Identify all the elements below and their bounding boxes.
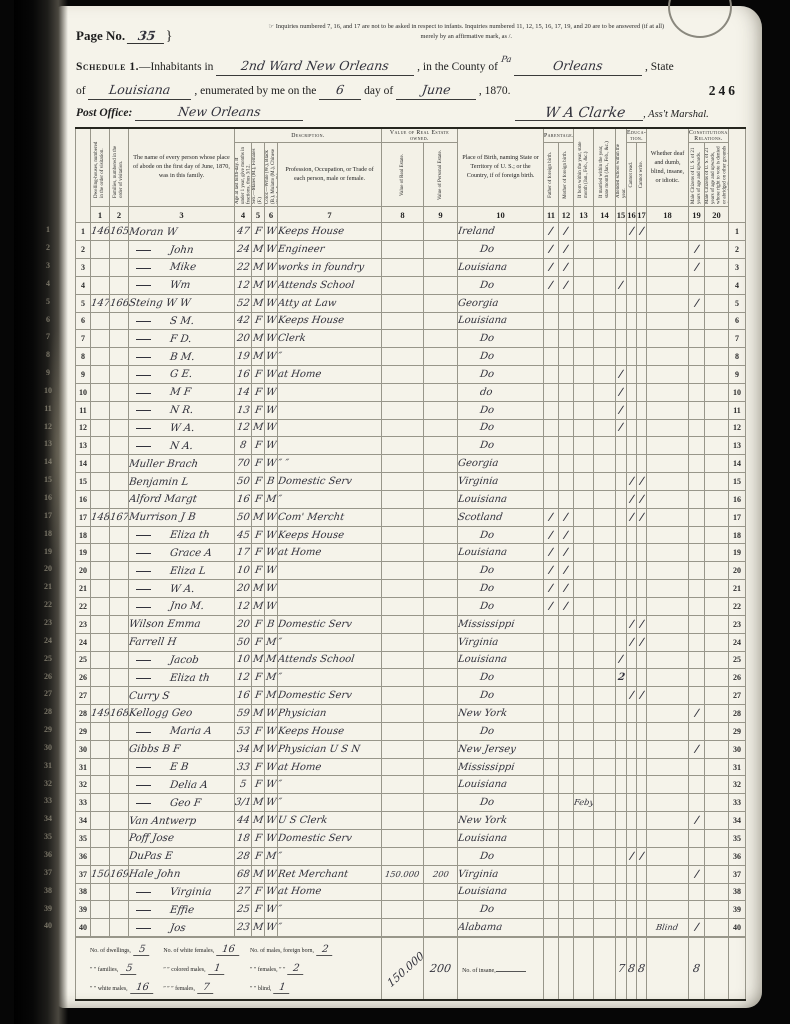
cell-color: W [265, 812, 278, 830]
cell-color: W [265, 758, 278, 776]
mark-value: / [629, 851, 634, 862]
totals-stat-label: No. of white females, [163, 948, 214, 954]
totals-stat-value: 5 [120, 963, 138, 975]
sex-value: M [252, 351, 264, 362]
name-value: W A. [169, 422, 195, 434]
cell-family-number [110, 455, 129, 473]
cell-mark-15 [616, 241, 627, 259]
film-row-number: 38 [38, 886, 58, 895]
mark-value: / [548, 601, 553, 612]
cell-mark-11 [544, 901, 559, 919]
cell-mark-12 [559, 490, 574, 508]
cell-sex: M [252, 330, 265, 348]
cell-mark-15 [616, 508, 627, 526]
sex-value: M [252, 262, 264, 273]
row-number-left: 37 [76, 865, 91, 883]
cell-color: W [265, 865, 278, 883]
cell-sex: M [252, 419, 265, 437]
name-value: Delia A [169, 779, 208, 791]
family-value: 168 [110, 708, 129, 719]
mark-value: / [639, 512, 644, 523]
age-value: 12 [236, 280, 250, 291]
film-row-number: 39 [38, 904, 58, 913]
row-number-left: 22 [76, 598, 91, 616]
cell-real-estate [382, 829, 424, 847]
cell-age: 20 [235, 580, 252, 598]
cell-family-number [110, 919, 129, 937]
cell-color: W [265, 401, 278, 419]
birthplace-value: Louisiana [458, 779, 508, 790]
sex-value: M [252, 797, 264, 808]
cell-color: W [265, 598, 278, 616]
table-row: 35Poff Jose18FWDomestic ServLouisiana35 [76, 829, 746, 847]
column-title-2: Families, numbered in the order of visit… [113, 136, 125, 200]
cell-mark-15 [616, 294, 627, 312]
cell-family-number [110, 598, 129, 616]
cell-sex: M [252, 919, 265, 937]
cell-mark-17 [637, 919, 647, 937]
cell-color: B [265, 473, 278, 491]
cell-family-number [110, 615, 129, 633]
mark-value: / [548, 530, 553, 541]
sex-value: F [254, 851, 262, 862]
cell-mark-20 [705, 651, 729, 669]
mark-value: / [548, 280, 553, 291]
age-value: 12 [236, 422, 250, 433]
table-row: 12W A.12MWDo/12 [76, 419, 746, 437]
cell-mark-15 [616, 722, 627, 740]
cell-mark-20 [705, 330, 729, 348]
surname-ditto-dash [136, 553, 151, 554]
totals-stat-line: No. of dwellings,5 [90, 944, 153, 956]
cell-sex: F [252, 829, 265, 847]
sex-value: M [252, 744, 264, 755]
cell-mark-11 [544, 419, 559, 437]
cell-mark-19 [689, 383, 705, 401]
cell-mark-13 [574, 258, 594, 276]
color-value: W [265, 547, 277, 558]
cell-mark-18 [647, 366, 689, 384]
cell-dwelling-number [91, 883, 110, 901]
cell-personal-estate [424, 419, 458, 437]
cell-dwelling-number [91, 794, 110, 812]
cell-dwelling-number [91, 383, 110, 401]
name-value: W A. [169, 583, 195, 595]
cell-family-number: 167 [110, 508, 129, 526]
cell-family-number [110, 526, 129, 544]
film-row-number: 30 [38, 743, 58, 752]
cell-mark-18 [647, 348, 689, 366]
cell-mark-20 [705, 633, 729, 651]
cell-personal-estate [424, 241, 458, 259]
cell-color: W [265, 776, 278, 794]
cell-mark-18 [647, 812, 689, 830]
cell-mark-16 [627, 901, 637, 919]
color-value: W [265, 922, 277, 933]
page-number: Page No. 35} [76, 28, 173, 45]
cell-name: Mike [129, 258, 235, 276]
cell-name: Curry S [129, 687, 235, 705]
cell-dwelling-number: 150 [91, 865, 110, 883]
sex-value: M [252, 922, 264, 933]
sex-value: F [254, 779, 262, 790]
cell-mark-11 [544, 758, 559, 776]
sex-value: M [252, 422, 264, 433]
column-title-12: Mother of foreign birth. [563, 149, 569, 201]
cell-mark-17 [637, 419, 647, 437]
cell-name: E B [129, 758, 235, 776]
cell-mark-19: / [689, 919, 705, 937]
cell-occupation: ″ [278, 633, 382, 651]
cell-family-number [110, 437, 129, 455]
cell-mark-13 [574, 562, 594, 580]
cell-age: 68 [235, 865, 252, 883]
row-number-left: 10 [76, 383, 91, 401]
row-number-right: 15 [729, 473, 746, 491]
family-value: 167 [110, 512, 129, 523]
row-number-right: 23 [729, 615, 746, 633]
age-value: 12 [236, 601, 250, 612]
cell-mark-11 [544, 829, 559, 847]
row-number-left: 30 [76, 740, 91, 758]
film-row-number: 35 [38, 832, 58, 841]
cell-mark-14 [594, 669, 616, 687]
cell-mark-18: Blind [647, 919, 689, 937]
sex-value: F [254, 315, 262, 326]
sex-value: F [254, 387, 262, 398]
film-row-number: 13 [38, 439, 58, 448]
column-number-19: 19 [689, 207, 705, 223]
cell-mark-14 [594, 330, 616, 348]
birthplace-value: Do [479, 244, 495, 255]
cell-age: 3/12 [235, 794, 252, 812]
cell-mark-16: / [627, 615, 637, 633]
occupation-value: Clerk [278, 333, 307, 344]
cell-color: W [265, 562, 278, 580]
cell-mark-19 [689, 651, 705, 669]
cell-mark-20 [705, 776, 729, 794]
cell-mark-13 [574, 651, 594, 669]
occupation-value: at Home [278, 369, 323, 380]
cell-age: 44 [235, 812, 252, 830]
sex-value: F [254, 637, 262, 648]
birthplace-value: Do [479, 672, 495, 683]
cell-birthplace: Do [458, 687, 544, 705]
cell-mark-13 [574, 883, 594, 901]
column-title-7: Profession, Occupation, or Trade of each… [278, 164, 381, 186]
real-estate-total: 150.000 [385, 949, 423, 990]
cell-personal-estate [424, 455, 458, 473]
cell-mark-12 [559, 705, 574, 723]
cell-sex: M [252, 508, 265, 526]
cell-dwelling-number [91, 758, 110, 776]
cell-mark-20 [705, 401, 729, 419]
cell-mark-17 [637, 883, 647, 901]
pointing-hand-icon: ☞ [268, 22, 274, 30]
cell-mark-13 [574, 705, 594, 723]
cell-mark-12 [559, 615, 574, 633]
cell-mark-15 [616, 312, 627, 330]
row-number-left: 11 [76, 401, 91, 419]
row-number-right: 26 [729, 669, 746, 687]
cell-birthplace: Do [458, 330, 544, 348]
cell-age: 16 [235, 687, 252, 705]
cell-name: Alford Margt [129, 490, 235, 508]
row-number-right: 11 [729, 401, 746, 419]
color-value: W [265, 333, 277, 344]
film-row-number: 21 [38, 582, 58, 591]
mark-value: / [563, 262, 568, 273]
sex-value: F [254, 886, 262, 897]
cell-name: Muller Brach [129, 455, 235, 473]
page-no-value: 35 [127, 28, 167, 44]
table-row: 39Effie25FW″Do39 [76, 901, 746, 919]
totals-stat-label: No. of males, foreign born, [250, 948, 314, 954]
sex-value: F [254, 405, 262, 416]
cell-age: 27 [235, 883, 252, 901]
cell-mark-18 [647, 276, 689, 294]
cell-name: F D. [129, 330, 235, 348]
table-row: 18Eliza th45FWKeeps HouseDo//18 [76, 526, 746, 544]
totals-stat-value: 2 [288, 963, 306, 975]
cell-dwelling-number [91, 901, 110, 919]
cell-mark-16 [627, 580, 637, 598]
column-title-8: Value of Real Estate. [400, 152, 406, 198]
cell-mark-11 [544, 330, 559, 348]
cell-mark-19: / [689, 705, 705, 723]
cell-age: 50 [235, 508, 252, 526]
cell-sex: F [252, 223, 265, 241]
cell-mark-15 [616, 758, 627, 776]
table-row: 40Jos23MW″AlabamaBlind/40 [76, 919, 746, 937]
cell-color: W [265, 526, 278, 544]
birthplace-value: Virginia [458, 476, 500, 487]
cell-mark-12 [559, 312, 574, 330]
color-value: W [265, 458, 277, 469]
cell-mark-11 [544, 883, 559, 901]
cell-mark-17 [637, 383, 647, 401]
cell-mark-18 [647, 526, 689, 544]
table-row: 34Van Antwerp44MWU S ClerkNew York/34 [76, 812, 746, 830]
mark-value: / [694, 744, 699, 755]
cell-dwelling-number [91, 615, 110, 633]
day-of-label: day of [364, 85, 393, 97]
cell-mark-15 [616, 829, 627, 847]
cell-personal-estate [424, 794, 458, 812]
cell-mark-20 [705, 901, 729, 919]
totals-stats-column: No. of dwellings,5″ ″ families,5″ ″ whit… [90, 944, 153, 994]
cell-mark-11 [544, 615, 559, 633]
dwelling-value: 146 [91, 226, 110, 237]
cell-sex: F [252, 473, 265, 491]
cell-color: W [265, 722, 278, 740]
birthplace-value: Louisiana [458, 494, 508, 505]
name-value: M F [169, 386, 192, 398]
cell-family-number [110, 740, 129, 758]
cell-mark-12 [559, 812, 574, 830]
cell-mark-16: / [627, 508, 637, 526]
cell-mark-13 [574, 348, 594, 366]
cell-mark-14 [594, 633, 616, 651]
row-number-right: 9 [729, 366, 746, 384]
occupation-value: Ret Merchant [278, 869, 349, 880]
cell-real-estate [382, 258, 424, 276]
cell-mark-12: / [559, 258, 574, 276]
row-number-left: 39 [76, 901, 91, 919]
cell-dwelling-number [91, 401, 110, 419]
cell-real-estate [382, 794, 424, 812]
cell-occupation: Ret Merchant [278, 865, 382, 883]
row-number-left: 16 [76, 490, 91, 508]
sex-value: F [254, 476, 262, 487]
table-row: 13N A.8FWDo13 [76, 437, 746, 455]
cell-mark-13: Feby [574, 794, 594, 812]
age-value: 16 [236, 369, 250, 380]
enumerated-label: , enumerated by me on the [194, 85, 316, 97]
totals-row: No. of dwellings,5″ ″ families,5″ ″ whit… [76, 938, 746, 1001]
cell-family-number [110, 383, 129, 401]
occupation-value: Physician U S N [278, 744, 361, 755]
cell-mark-18 [647, 580, 689, 598]
sex-value: F [254, 547, 262, 558]
cell-mark-11 [544, 455, 559, 473]
cell-mark-16: / [627, 473, 637, 491]
cell-dwelling-number [91, 829, 110, 847]
cell-mark-16 [627, 366, 637, 384]
cell-age: 33 [235, 758, 252, 776]
cell-mark-15 [616, 740, 627, 758]
occupation-value: ″ [278, 351, 283, 362]
cell-age: 19 [235, 348, 252, 366]
row-number-left: 7 [76, 330, 91, 348]
cell-mark-17 [637, 294, 647, 312]
surname-ditto-dash [136, 339, 151, 340]
cell-mark-17 [637, 366, 647, 384]
cell-personal-estate [424, 294, 458, 312]
row-number-right: 28 [729, 705, 746, 723]
name-value: DuPas E [129, 850, 174, 862]
cell-mark-11: / [544, 544, 559, 562]
name-value: Virginia [169, 886, 212, 898]
name-value: S M. [169, 315, 195, 327]
cell-mark-19 [689, 847, 705, 865]
totals-insane-cell: No. of insane, [458, 938, 544, 1001]
sex-value: F [254, 565, 262, 576]
cell-mark-16 [627, 705, 637, 723]
cell-mark-11 [544, 847, 559, 865]
row-number-left: 32 [76, 776, 91, 794]
cell-age: 42 [235, 312, 252, 330]
cell-mark-14 [594, 473, 616, 491]
cell-personal-estate [424, 829, 458, 847]
totals-attended-school: 7 [616, 938, 627, 1001]
cell-mark-20 [705, 919, 729, 937]
cell-occupation [278, 562, 382, 580]
column-title-1: Dwelling-houses, numbered in the order o… [94, 136, 106, 200]
cell-mark-18 [647, 705, 689, 723]
column-header-11: Father of foreign birth. [544, 143, 559, 207]
cell-age: 8 [235, 437, 252, 455]
sex-value: M [252, 815, 264, 826]
table-row: 19Grace A17FWat HomeLouisiana//19 [76, 544, 746, 562]
birthplace-value: Do [479, 422, 495, 433]
cell-mark-11 [544, 794, 559, 812]
county-label: , in the County of [417, 61, 498, 73]
surname-ditto-dash [136, 428, 151, 429]
row-number-left: 24 [76, 633, 91, 651]
cell-mark-18 [647, 401, 689, 419]
cell-real-estate [382, 419, 424, 437]
cell-color: M [265, 687, 278, 705]
cell-mark-20 [705, 276, 729, 294]
totals-stats-column: No. of males, foreign born,2″ ″ females,… [250, 944, 333, 994]
cell-mark-12: / [559, 598, 574, 616]
cell-mark-19: / [689, 241, 705, 259]
cell-family-number [110, 401, 129, 419]
mark-value: / [548, 244, 553, 255]
cell-color: W [265, 241, 278, 259]
cell-personal-estate [424, 544, 458, 562]
table-row: 26Eliza th12FM″Do226 [76, 669, 746, 687]
row-number-left: 1 [76, 223, 91, 241]
cell-mark-14 [594, 294, 616, 312]
table-row: 4Wm12MWAttends SchoolDo///4 [76, 276, 746, 294]
column-number-10: 10 [458, 207, 544, 223]
cell-mark-11 [544, 490, 559, 508]
cell-mark-14 [594, 651, 616, 669]
row-number-left: 26 [76, 669, 91, 687]
occupation-value: ″ [278, 922, 283, 933]
cell-mark-19 [689, 473, 705, 491]
cell-mark-15 [616, 490, 627, 508]
column-title-5: Sex.—Males (M.), Females (F.) [252, 143, 264, 206]
column-title-4: Age at last birth-day. If under 1 year, … [235, 143, 252, 206]
table-row: 25Jacob10MMAttends SchoolLouisiana/25 [76, 651, 746, 669]
row-number-right: 8 [729, 348, 746, 366]
mark-value: / [629, 637, 634, 648]
cell-mark-17 [637, 794, 647, 812]
color-value: W [265, 583, 277, 594]
cell-mark-16 [627, 526, 637, 544]
cell-birthplace: Mississippi [458, 758, 544, 776]
table-row: 6S M.42FWKeeps HouseLouisiana6 [76, 312, 746, 330]
row-number-right: 5 [729, 294, 746, 312]
mark-value: / [563, 512, 568, 523]
mark-value: / [629, 226, 634, 237]
cell-mark-18 [647, 598, 689, 616]
mark-value: / [639, 226, 644, 237]
cell-mark-20 [705, 758, 729, 776]
cell-color: W [265, 419, 278, 437]
totals-stat-value: 16 [130, 982, 154, 994]
cell-mark-12: / [559, 580, 574, 598]
cell-mark-15 [616, 455, 627, 473]
cell-mark-19: / [689, 812, 705, 830]
mark-value: / [563, 547, 568, 558]
cell-dwelling-number [91, 276, 110, 294]
cell-occupation [278, 419, 382, 437]
cell-color: W [265, 276, 278, 294]
cell-mark-13 [574, 776, 594, 794]
totals-male-citizens: 8 [689, 938, 705, 1001]
cell-mark-16 [627, 312, 637, 330]
cell-mark-15 [616, 348, 627, 366]
cell-mark-20 [705, 865, 729, 883]
cell-mark-12: / [559, 526, 574, 544]
color-value: W [265, 815, 277, 826]
mark-value: / [639, 494, 644, 505]
film-row-number: 24 [38, 636, 58, 645]
